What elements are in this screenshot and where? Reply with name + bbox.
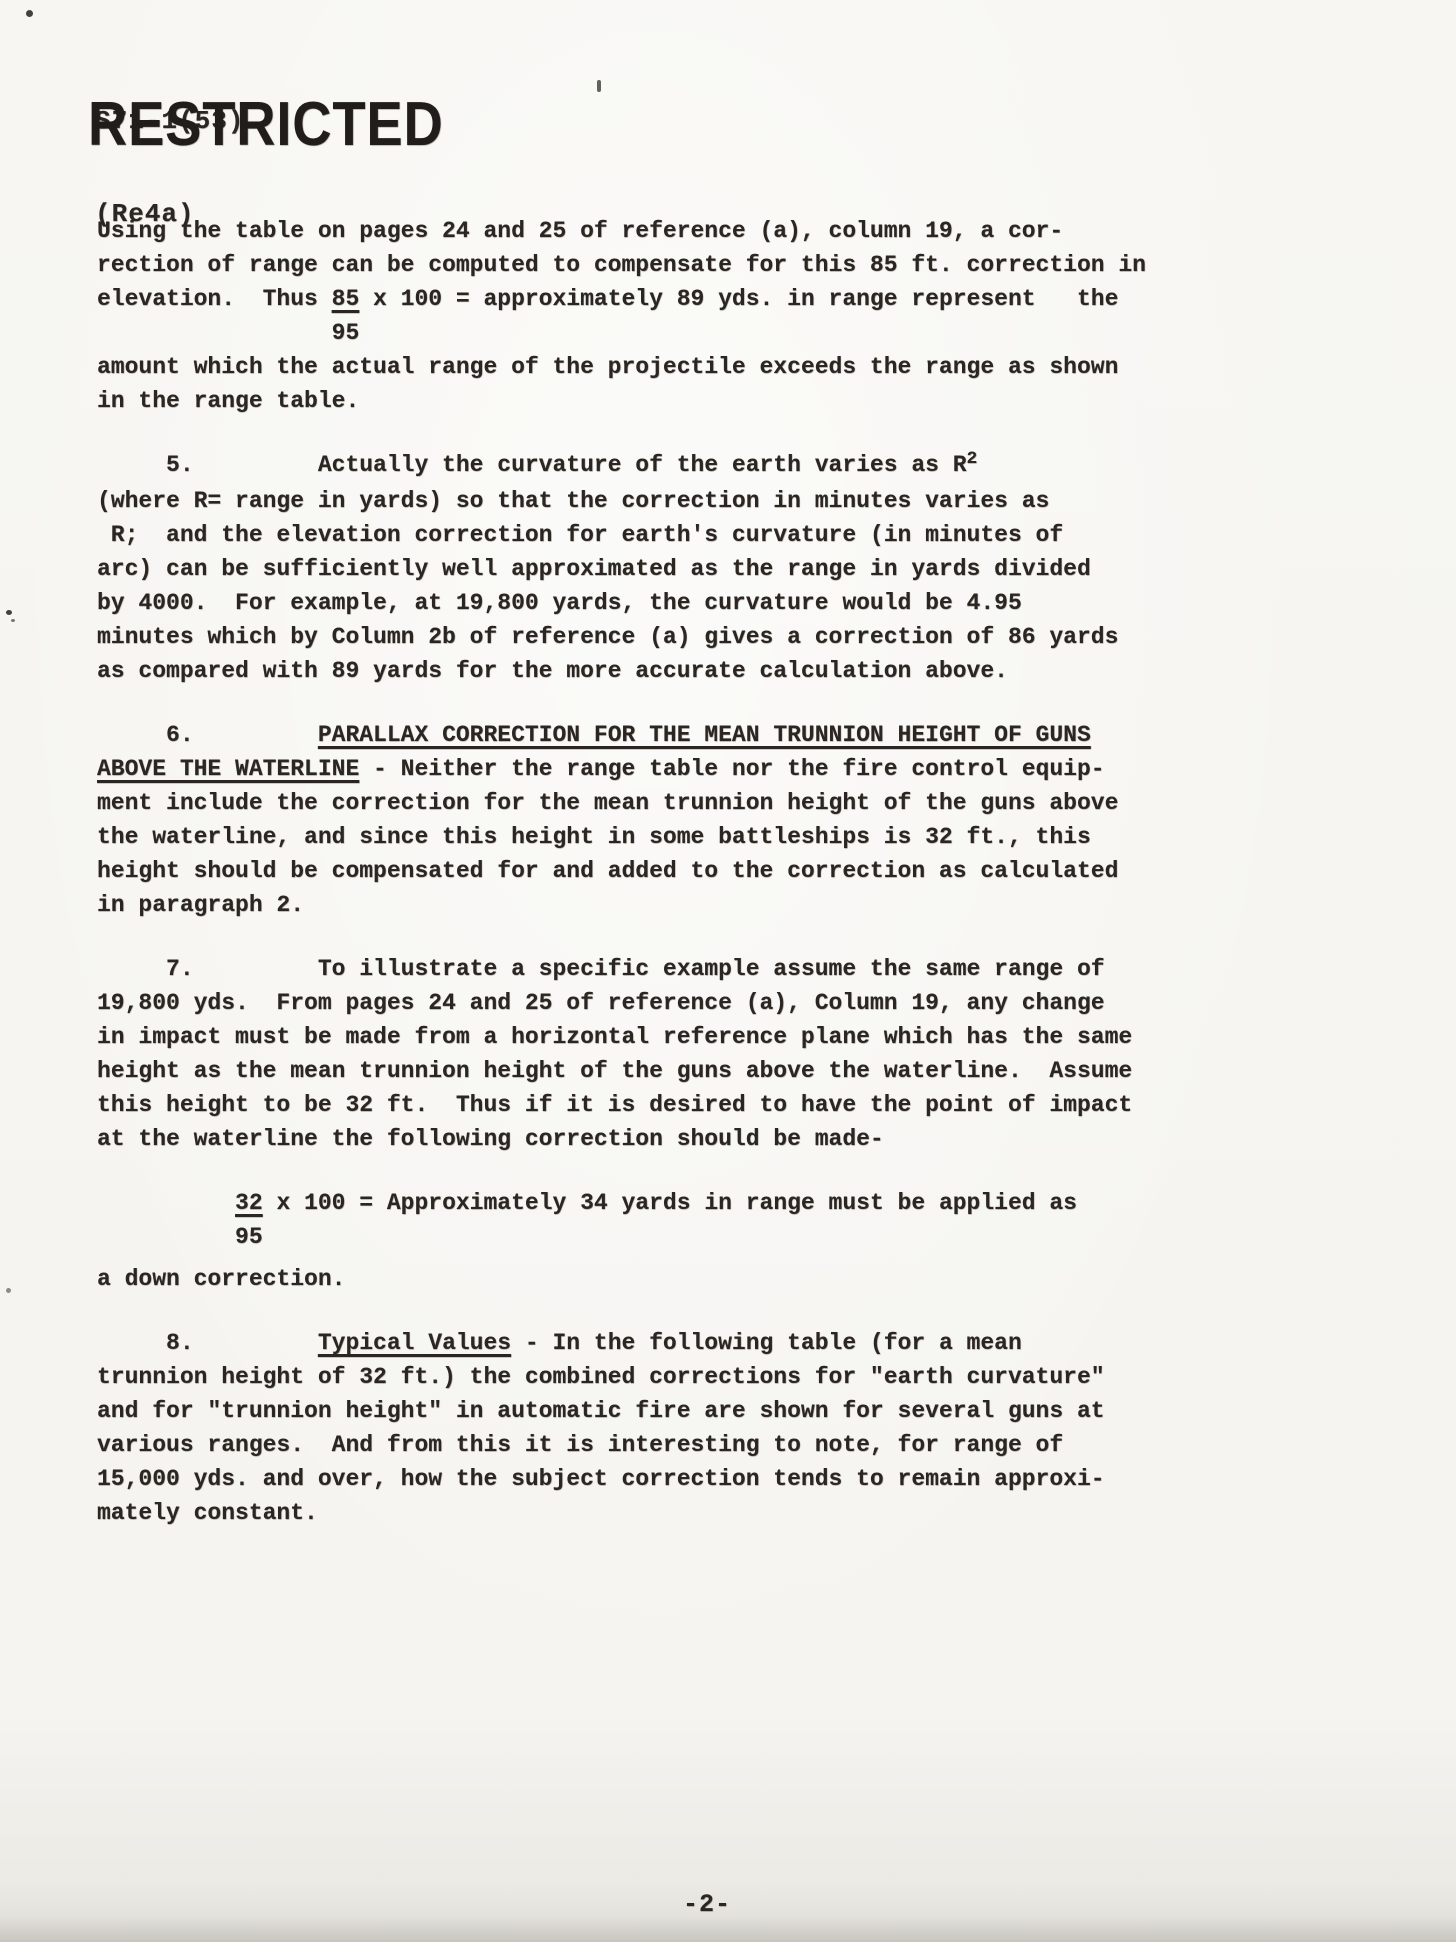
text-line: 15,000 yds. and over, how the subject co… — [97, 1462, 1277, 1496]
text-line: in impact must be made from a horizontal… — [97, 1020, 1277, 1054]
text-line: 5. Actually the curvature of the earth v… — [97, 448, 1277, 484]
text-line: in the range table. — [97, 384, 1277, 418]
text-line: 95 — [97, 1220, 1277, 1254]
text-line: 6. PARALLAX CORRECTION FOR THE MEAN TRUN… — [97, 718, 1277, 752]
block-para-down-correction: a down correction. — [97, 1262, 1277, 1296]
text-line: trunnion height of 32 ft.) the combined … — [97, 1360, 1277, 1394]
text-line: Using the table on pages 24 and 25 of re… — [97, 214, 1277, 248]
block-para-7: 7. To illustrate a specific example assu… — [97, 952, 1277, 1156]
document-body: Using the table on pages 24 and 25 of re… — [97, 214, 1277, 1530]
text-line: 95 — [97, 316, 1277, 350]
text-line: 32 x 100 = Approximately 34 yards in ran… — [97, 1186, 1277, 1220]
classification-stamp: RESTRICTED — [88, 88, 444, 160]
text-line: the waterline, and since this height in … — [97, 820, 1277, 854]
text-line: and for "trunnion height" in automatic f… — [97, 1394, 1277, 1428]
text-line: height as the mean trunnion height of th… — [97, 1054, 1277, 1088]
scan-speck — [597, 80, 601, 92]
text-line: 19,800 yds. From pages 24 and 25 of refe… — [97, 986, 1277, 1020]
text-line: by 4000. For example, at 19,800 yards, t… — [97, 586, 1277, 620]
text-line: a down correction. — [97, 1262, 1277, 1296]
text-line: (where R= range in yards) so that the co… — [97, 484, 1277, 518]
text-line: minutes which by Column 2b of reference … — [97, 620, 1277, 654]
text-line: arc) can be sufficiently well approximat… — [97, 552, 1277, 586]
text-line: ment include the correction for the mean… — [97, 786, 1277, 820]
text-line: this height to be 32 ft. Thus if it is d… — [97, 1088, 1277, 1122]
text-line: rection of range can be computed to comp… — [97, 248, 1277, 282]
text-line: 7. To illustrate a specific example assu… — [97, 952, 1277, 986]
text-line: as compared with 89 yards for the more a… — [97, 654, 1277, 688]
block-para-8: 8. Typical Values - In the following tab… — [97, 1326, 1277, 1530]
text-line: amount which the actual range of the pro… — [97, 350, 1277, 384]
block-para-intro: Using the table on pages 24 and 25 of re… — [97, 214, 1277, 418]
text-line: 8. Typical Values - In the following tab… — [97, 1326, 1277, 1360]
text-line: elevation. Thus 85 x 100 = approximately… — [97, 282, 1277, 316]
scan-speck — [26, 10, 33, 17]
text-line: R; and the elevation correction for eart… — [97, 518, 1277, 552]
block-para-6: 6. PARALLAX CORRECTION FOR THE MEAN TRUN… — [97, 718, 1277, 922]
text-line: various ranges. And from this it is inte… — [97, 1428, 1277, 1462]
text-line: ABOVE THE WATERLINE - Neither the range … — [97, 752, 1277, 786]
document-page: S71-1(53) (Re4a) RESTRICTED Using the ta… — [0, 0, 1456, 1942]
block-equation: 32 x 100 = Approximately 34 yards in ran… — [97, 1186, 1277, 1254]
page-number: -2- — [683, 1890, 731, 1919]
text-line: mately constant. — [97, 1496, 1277, 1530]
block-para-5: 5. Actually the curvature of the earth v… — [97, 448, 1277, 688]
scan-speck — [6, 610, 12, 615]
text-line: height should be compensated for and add… — [97, 854, 1277, 888]
scan-speck — [11, 619, 15, 622]
scan-speck — [6, 1288, 11, 1293]
text-line: at the waterline the following correctio… — [97, 1122, 1277, 1156]
text-line: in paragraph 2. — [97, 888, 1277, 922]
